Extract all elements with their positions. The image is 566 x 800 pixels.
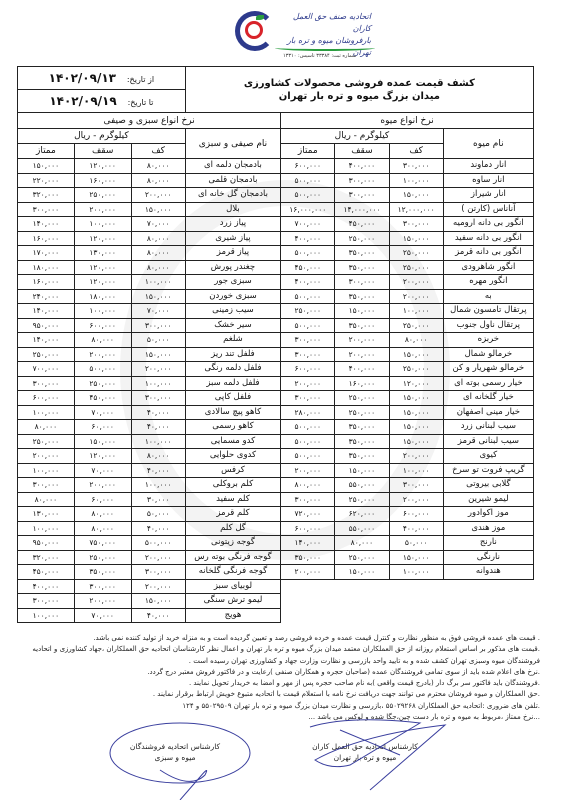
title-line-2: میدان بزرگ میوه و تره بار تهران [186, 90, 533, 103]
veg-price-max: ۱۲۰,۰۰۰ [74, 275, 131, 290]
veg-name: سیر خشک [185, 318, 280, 333]
empty-cell [389, 608, 443, 623]
fruit-price-max: ۸۰,۰۰۰ [335, 536, 389, 551]
fruit-name: پرتقال ناول جنوب [443, 318, 533, 333]
fruit-price-premium: ۴۵۰,۰۰۰ [281, 260, 335, 275]
fruit-price-premium: ۱۶,۰۰۰,۰۰۰ [281, 202, 335, 217]
fruit-price-premium: ۲۰۰,۰۰۰ [281, 376, 335, 391]
fruit-price-premium: ۳۰۰,۰۰۰ [281, 333, 335, 348]
veg-price-premium: ۳۰۰,۰۰۰ [18, 478, 75, 493]
table-row: هندوانه۱۰۰,۰۰۰۱۵۰,۰۰۰۲۰۰,۰۰۰گوجه فرنگی گ… [18, 565, 534, 580]
fruit-name-header: نام میوه [443, 129, 533, 159]
veg-price-premium: ۱۰۰,۰۰۰ [18, 608, 75, 623]
veg-price-max: ۱۶۰,۰۰۰ [74, 173, 131, 188]
fruit-price-min: ۲۵۰,۰۰۰ [389, 260, 443, 275]
fruit-name: هندوانه [443, 565, 533, 580]
veg-price-max: ۱۲۰,۰۰۰ [74, 231, 131, 246]
veg-price-min: ۸۰,۰۰۰ [131, 159, 185, 174]
veg-price-min: ۴۰,۰۰۰ [131, 420, 185, 435]
veg-unit-header: کیلوگرم - ریال [18, 129, 186, 144]
fruit-price-min: ۳۰۰,۰۰۰ [389, 217, 443, 232]
table-row: سیب لبنانی قرمز۱۵۰,۰۰۰۳۵۰,۰۰۰۵۰۰,۰۰۰کدو … [18, 434, 534, 449]
veg-price-premium: ۳۰۰,۰۰۰ [18, 594, 75, 609]
veg-price-min: ۴۰,۰۰۰ [131, 405, 185, 420]
veg-price-max: ۳۵۰,۰۰۰ [74, 565, 131, 580]
table-row: نارنج۵۰,۰۰۰۸۰,۰۰۰۱۴۰,۰۰۰گوجه زیتونی۵۰۰,۰… [18, 536, 534, 551]
fruit-name: انگور شاهرودی [443, 260, 533, 275]
veg-price-min: ۱۰۰,۰۰۰ [131, 275, 185, 290]
veg-price-premium: ۱۰۰,۰۰۰ [18, 463, 75, 478]
fruit-price-max: ۳۵۰,۰۰۰ [335, 246, 389, 261]
fruit-price-max: ۱۶۰,۰۰۰ [335, 376, 389, 391]
veg-price-max: ۱۲۰,۰۰۰ [74, 159, 131, 174]
veg-price-premium: ۱۴۰,۰۰۰ [18, 333, 75, 348]
veg-name: کدوی حلوایی [185, 449, 280, 464]
veg-price-max: ۲۵۰,۰۰۰ [74, 188, 131, 203]
veg-price-min: ۴۰,۰۰۰ [131, 608, 185, 623]
veg-price-min: ۷۰,۰۰۰ [131, 304, 185, 319]
veg-col-min: کف [131, 144, 185, 159]
fruit-price-min: ۲۵۰,۰۰۰ [389, 318, 443, 333]
note-7: ...نرخ ممتاز ،مربوط به میوه و تره بار دس… [20, 712, 540, 723]
fruit-price-max: ۲۵۰,۰۰۰ [335, 405, 389, 420]
veg-name: بلال [185, 202, 280, 217]
fruit-price-premium: ۲۸۰,۰۰۰ [281, 405, 335, 420]
to-date-label: تا تاریخ: [128, 98, 154, 107]
fruit-name: کیوی [443, 449, 533, 464]
fruit-price-premium: ۴۰۰,۰۰۰ [281, 275, 335, 290]
veg-name: فلفل تند ریز [185, 347, 280, 362]
veg-price-premium: ۹۵۰,۰۰۰ [18, 318, 75, 333]
fruit-price-max: ۱۴,۰۰۰,۰۰۰ [335, 202, 389, 217]
fruit-price-premium: ۵۰۰,۰۰۰ [281, 188, 335, 203]
fruit-price-min: ۱۵۰,۰۰۰ [389, 420, 443, 435]
from-date-label: از تاریخ: [127, 75, 154, 84]
table-row: خربزه۸۰,۰۰۰۲۰۰,۰۰۰۳۰۰,۰۰۰شلغم۵۰,۰۰۰۸۰,۰۰… [18, 333, 534, 348]
veg-price-max: ۲۵۰,۰۰۰ [74, 376, 131, 391]
veg-price-min: ۳۰۰,۰۰۰ [131, 565, 185, 580]
fruit-price-max: ۳۰۰,۰۰۰ [335, 188, 389, 203]
veg-name: پیاز شیری [185, 231, 280, 246]
veg-col-max: سقف [74, 144, 131, 159]
fruit-price-min: ۵۰,۰۰۰ [389, 536, 443, 551]
veg-price-premium: ۱۳۰,۰۰۰ [18, 507, 75, 522]
veg-price-premium: ۲۲۰,۰۰۰ [18, 173, 75, 188]
veg-name: سبزی جور [185, 275, 280, 290]
veg-price-min: ۲۰۰,۰۰۰ [131, 550, 185, 565]
veg-price-premium: ۲۵۰,۰۰۰ [18, 347, 75, 362]
fruit-price-min: ۴۰۰,۰۰۰ [389, 521, 443, 536]
veg-name: بادمجان قلمی [185, 173, 280, 188]
fruit-price-min: ۲۰۰,۰۰۰ [389, 449, 443, 464]
fruit-name: انار ساوه [443, 173, 533, 188]
section-title-row: نرخ انواع میوه نرخ انواع سبزی و صیفی [18, 113, 534, 129]
fruit-price-premium: ۶۰۰,۰۰۰ [281, 362, 335, 377]
fruit-price-premium: ۷۲۰,۰۰۰ [281, 507, 335, 522]
table-row: کیوی۲۰۰,۰۰۰۳۵۰,۰۰۰۵۰۰,۰۰۰کدوی حلوایی۸۰,۰… [18, 449, 534, 464]
fruit-price-min: ۱۲,۰۰۰,۰۰۰ [389, 202, 443, 217]
fruit-price-max: ۶۲۰,۰۰۰ [335, 507, 389, 522]
title-row: کشف قیمت عمده فروشی محصولات کشاورزی میدا… [18, 67, 534, 90]
table-row: پرتقال ناول جنوب۲۵۰,۰۰۰۳۵۰,۰۰۰۵۰۰,۰۰۰سیر… [18, 318, 534, 333]
signature-left-line-1: کارشناس اتحادیه فروشندگان [120, 741, 230, 752]
fruit-price-min: ۲۰۰,۰۰۰ [389, 492, 443, 507]
table-row: خیار گلخانه ای۱۵۰,۰۰۰۲۵۰,۰۰۰۳۰۰,۰۰۰فلفل … [18, 391, 534, 406]
fruit-price-premium: ۵۰۰,۰۰۰ [281, 449, 335, 464]
veg-price-premium: ۹۵۰,۰۰۰ [18, 536, 75, 551]
veg-price-max: ۶۰۰,۰۰۰ [74, 318, 131, 333]
veg-price-min: ۱۵۰,۰۰۰ [131, 202, 185, 217]
veg-price-premium: ۱۴۰,۰۰۰ [18, 304, 75, 319]
fruit-price-premium: ۶۰۰,۰۰۰ [281, 159, 335, 174]
veg-price-max: ۷۰,۰۰۰ [74, 608, 131, 623]
fruit-price-max: ۱۵۰,۰۰۰ [335, 565, 389, 580]
fruit-price-max: ۵۵۰,۰۰۰ [335, 478, 389, 493]
to-date-value: ۱۴۰۲/۰۹/۱۹ [49, 94, 116, 108]
veg-price-max: ۱۰۰,۰۰۰ [74, 217, 131, 232]
veg-price-max: ۲۵۰,۰۰۰ [74, 550, 131, 565]
veg-price-premium: ۳۰۰,۰۰۰ [18, 202, 75, 217]
veg-price-min: ۳۰۰,۰۰۰ [131, 391, 185, 406]
table-row: انار ساوه۱۰۰,۰۰۰۳۰۰,۰۰۰۵۰۰,۰۰۰بادمجان قل… [18, 173, 534, 188]
fruit-price-premium: ۵۰۰,۰۰۰ [281, 434, 335, 449]
fruit-price-max: ۳۰۰,۰۰۰ [335, 173, 389, 188]
fruit-price-premium: ۵۰۰,۰۰۰ [281, 289, 335, 304]
fruit-price-min: ۲۰۰,۰۰۰ [389, 289, 443, 304]
veg-price-max: ۲۰۰,۰۰۰ [74, 594, 131, 609]
veg-name: کاهو رسمی [185, 420, 280, 435]
fruit-price-min: ۳۰۰,۰۰۰ [389, 478, 443, 493]
fruit-price-premium: ۲۵۰,۰۰۰ [281, 304, 335, 319]
veg-price-max: ۵۰۰,۰۰۰ [74, 362, 131, 377]
veg-price-max: ۲۰۰,۰۰۰ [74, 347, 131, 362]
note-5: .حق العملکاران و میوه فروشان محترم می تو… [20, 689, 540, 700]
table-row: انگور مهره۲۰۰,۰۰۰۳۰۰,۰۰۰۴۰۰,۰۰۰سبزی جور۱… [18, 275, 534, 290]
table-row: آناناس (کارتن )۱۲,۰۰۰,۰۰۰۱۴,۰۰۰,۰۰۰۱۶,۰۰… [18, 202, 534, 217]
veg-price-premium: ۸۰,۰۰۰ [18, 492, 75, 507]
veg-name-header: نام صیفی و سبزی [185, 129, 280, 159]
fruit-name: موز اکوادور [443, 507, 533, 522]
veg-price-min: ۲۰۰,۰۰۰ [131, 579, 185, 594]
fruit-price-max: ۲۰۰,۰۰۰ [335, 333, 389, 348]
veg-price-min: ۸۰,۰۰۰ [131, 449, 185, 464]
veg-price-min: ۴۰,۰۰۰ [131, 521, 185, 536]
veg-price-premium: ۱۶۰,۰۰۰ [18, 231, 75, 246]
veg-name: چغندر پورش [185, 260, 280, 275]
veg-name: کلم سفید [185, 492, 280, 507]
veg-price-max: ۲۰۰,۰۰۰ [74, 478, 131, 493]
veg-name: فلفل دلمه رنگی [185, 362, 280, 377]
signature-left-line-2: میوه و سبزی [120, 752, 230, 763]
fruit-price-premium: ۱۴۰,۰۰۰ [281, 536, 335, 551]
table-row: موز هندی۴۰۰,۰۰۰۵۵۰,۰۰۰۶۰۰,۰۰۰گل کلم۴۰,۰۰… [18, 521, 534, 536]
fruit-price-premium: ۲۰۰,۰۰۰ [281, 463, 335, 478]
veg-name: شلغم [185, 333, 280, 348]
fruit-name: نارنج [443, 536, 533, 551]
veg-price-min: ۱۰۰,۰۰۰ [131, 434, 185, 449]
fruit-price-max: ۴۰۰,۰۰۰ [335, 159, 389, 174]
fruit-price-premium: ۸۰۰,۰۰۰ [281, 478, 335, 493]
veg-price-premium: ۲۰۰,۰۰۰ [18, 449, 75, 464]
veg-price-premium: ۴۵۰,۰۰۰ [18, 565, 75, 580]
veg-price-premium: ۲۵۰,۰۰۰ [18, 434, 75, 449]
veg-price-premium: ۳۰۰,۰۰۰ [18, 376, 75, 391]
veg-price-min: ۸۰,۰۰۰ [131, 231, 185, 246]
table-row: پرتقال تامسون شمال۱۰۰,۰۰۰۱۵۰,۰۰۰۲۵۰,۰۰۰س… [18, 304, 534, 319]
empty-cell [443, 579, 533, 594]
note-6: .تلفن های ضروری :اتحادیه حق العملکاران ۵… [20, 701, 540, 712]
fruit-name: سیب لبنانی قرمز [443, 434, 533, 449]
note-3: .نرخ های اعلام شده باید از سوی تمامی فرو… [20, 667, 540, 678]
veg-price-min: ۸۰,۰۰۰ [131, 246, 185, 261]
table-row: لیمو شیرین۲۰۰,۰۰۰۲۵۰,۰۰۰۳۰۰,۰۰۰کلم سفید۳… [18, 492, 534, 507]
fruit-price-min: ۲۵۰,۰۰۰ [389, 246, 443, 261]
fruit-price-max: ۴۰۰,۰۰۰ [335, 362, 389, 377]
leaf-icon [256, 15, 264, 20]
fruit-price-max: ۱۵۰,۰۰۰ [335, 463, 389, 478]
fruit-name: نارنگی [443, 550, 533, 565]
fruit-price-premium: ۳۰۰,۰۰۰ [281, 492, 335, 507]
fruit-name: لیمو شیرین [443, 492, 533, 507]
notes-block: . قیمت های عمده فروشی فوق به منظور نظارت… [20, 633, 540, 723]
fruit-name: خرمالو شمال [443, 347, 533, 362]
fruit-name: موز هندی [443, 521, 533, 536]
logo-line-1: اتحادیه صنف حق العمل کاران [279, 11, 371, 35]
fruit-price-max: ۳۵۰,۰۰۰ [335, 318, 389, 333]
fruit-price-min: ۸۰,۰۰۰ [389, 333, 443, 348]
veg-name: کاهو پیچ سالادی [185, 405, 280, 420]
price-rows: انار دماوند۳۰۰,۰۰۰۴۰۰,۰۰۰۶۰۰,۰۰۰بادمجان … [18, 159, 534, 623]
veg-price-min: ۵۰,۰۰۰ [131, 507, 185, 522]
fruit-name: آناناس (کارتن ) [443, 202, 533, 217]
table-row: سیب لبنانی زرد۱۵۰,۰۰۰۳۵۰,۰۰۰۵۰۰,۰۰۰کاهو … [18, 420, 534, 435]
fruit-price-premium: ۳۰۰,۰۰۰ [281, 347, 335, 362]
veg-price-min: ۱۵۰,۰۰۰ [131, 347, 185, 362]
empty-cell [335, 594, 389, 609]
table-row: لوبیای سبز۲۰۰,۰۰۰۳۰۰,۰۰۰۴۰۰,۰۰۰ [18, 579, 534, 594]
veg-section-title: نرخ انواع سبزی و صیفی [18, 113, 281, 129]
fruit-price-premium: ۲۰۰,۰۰۰ [281, 565, 335, 580]
fruit-price-min: ۱۵۰,۰۰۰ [389, 231, 443, 246]
veg-name: لیمو ترش سنگی [185, 594, 280, 609]
fruit-price-premium: ۳۵۰,۰۰۰ [281, 550, 335, 565]
veg-price-min: ۸۰,۰۰۰ [131, 173, 185, 188]
veg-price-max: ۸۰,۰۰۰ [74, 333, 131, 348]
veg-price-premium: ۱۶۰,۰۰۰ [18, 275, 75, 290]
table-row: گلابی بیروتی۳۰۰,۰۰۰۵۵۰,۰۰۰۸۰۰,۰۰۰کلم برو… [18, 478, 534, 493]
veg-name: فلفل دلمه سبز [185, 376, 280, 391]
pomegranate-icon [245, 21, 263, 39]
fruit-price-min: ۲۵۰,۰۰۰ [389, 362, 443, 377]
fruit-price-premium: ۴۰۰,۰۰۰ [281, 231, 335, 246]
fruit-name: خیار مینی اصفهان [443, 405, 533, 420]
fruit-price-premium: ۵۰۰,۰۰۰ [281, 420, 335, 435]
veg-price-premium: ۱۰۰,۰۰۰ [18, 521, 75, 536]
veg-name: هویج [185, 608, 280, 623]
fruit-price-min: ۱۵۰,۰۰۰ [389, 347, 443, 362]
fruit-price-max: ۲۵۰,۰۰۰ [335, 391, 389, 406]
veg-price-max: ۱۸۰,۰۰۰ [74, 289, 131, 304]
fruit-price-min: ۱۰۰,۰۰۰ [389, 463, 443, 478]
veg-price-min: ۱۵۰,۰۰۰ [131, 289, 185, 304]
fruit-price-premium: ۷۰۰,۰۰۰ [281, 217, 335, 232]
empty-cell [389, 594, 443, 609]
fruit-price-min: ۱۰۰,۰۰۰ [389, 304, 443, 319]
table-row: هویج۴۰,۰۰۰۷۰,۰۰۰۱۰۰,۰۰۰ [18, 608, 534, 623]
fruit-name: خیار رسمی بوته ای [443, 376, 533, 391]
signature-commission-agents: کارشناس اتحادیه حق العمل کاران میوه و تر… [310, 741, 420, 763]
note-4: .فروشندگان باید فاکتور سر برگ دار (بادرج… [20, 678, 540, 689]
veg-price-max: ۲۰۰,۰۰۰ [74, 202, 131, 217]
veg-price-max: ۳۰۰,۰۰۰ [74, 579, 131, 594]
fruit-price-min: ۱۲۰,۰۰۰ [389, 376, 443, 391]
veg-price-max: ۴۵۰,۰۰۰ [74, 391, 131, 406]
veg-name: گوجه زیتونی [185, 536, 280, 551]
registration-number: شماره ثبت: ۳۳۳۸۴ تاسیس: ۱۳۳۱۰ [283, 53, 356, 59]
table-row: خیار رسمی بوته ای۱۲۰,۰۰۰۱۶۰,۰۰۰۲۰۰,۰۰۰فل… [18, 376, 534, 391]
veg-price-premium: ۸۰,۰۰۰ [18, 420, 75, 435]
fruit-name: خیار گلخانه ای [443, 391, 533, 406]
veg-name: پیاز زرد [185, 217, 280, 232]
table-row: انگور بی دانه سفید۱۵۰,۰۰۰۲۵۰,۰۰۰۴۰۰,۰۰۰پ… [18, 231, 534, 246]
fruit-price-min: ۱۰۰,۰۰۰ [389, 565, 443, 580]
veg-price-max: ۱۳۰,۰۰۰ [74, 246, 131, 261]
veg-price-premium: ۱۵۰,۰۰۰ [18, 159, 75, 174]
table-row: خرمالو شمال۱۵۰,۰۰۰۲۰۰,۰۰۰۳۰۰,۰۰۰فلفل تند… [18, 347, 534, 362]
title-line-1: کشف قیمت عمده فروشی محصولات کشاورزی [186, 77, 533, 90]
fruit-price-premium: ۳۰۰,۰۰۰ [281, 391, 335, 406]
veg-price-min: ۵۰,۰۰۰ [131, 333, 185, 348]
unit-row: نام میوه کیلوگرم - ریال نام صیفی و سبزی … [18, 129, 534, 144]
fruit-price-max: ۴۵۰,۰۰۰ [335, 217, 389, 232]
veg-name: کلم بروکلی [185, 478, 280, 493]
fruit-name: گریپ فروت تو سرخ [443, 463, 533, 478]
veg-name: بادمجان گل خانه ای [185, 188, 280, 203]
fruit-name: خرمالو شهریار و کن [443, 362, 533, 377]
fruit-price-premium: ۵۰۰,۰۰۰ [281, 246, 335, 261]
fruit-price-max: ۳۰۰,۰۰۰ [335, 275, 389, 290]
fruit-col-max: سقف [335, 144, 389, 159]
fruit-unit-header: کیلوگرم - ریال [281, 129, 444, 144]
fruit-price-min: ۶۰۰,۰۰۰ [389, 507, 443, 522]
veg-price-premium: ۱۰۰,۰۰۰ [18, 405, 75, 420]
price-document: کشف قیمت عمده فروشی محصولات کشاورزی میدا… [17, 66, 534, 623]
fruit-price-max: ۳۵۰,۰۰۰ [335, 434, 389, 449]
empty-cell [443, 594, 533, 609]
veg-name: گوجه فرنگی بوته رس [185, 550, 280, 565]
fruit-name: پرتقال تامسون شمال [443, 304, 533, 319]
fruit-price-max: ۲۰۰,۰۰۰ [335, 347, 389, 362]
signature-right-line-1: کارشناس اتحادیه حق العمل کاران [310, 741, 420, 752]
veg-name: لوبیای سبز [185, 579, 280, 594]
fruit-col-premium: ممتاز [281, 144, 335, 159]
table-row: انار دماوند۳۰۰,۰۰۰۴۰۰,۰۰۰۶۰۰,۰۰۰بادمجان … [18, 159, 534, 174]
empty-cell [335, 608, 389, 623]
logo-text: اتحادیه صنف حق العمل کاران بارفروشان میو… [279, 11, 371, 59]
fruit-price-max: ۲۵۰,۰۰۰ [335, 231, 389, 246]
fruit-name: سیب لبنانی زرد [443, 420, 533, 435]
veg-price-max: ۱۵۰,۰۰۰ [74, 434, 131, 449]
veg-price-max: ۱۰۰,۰۰۰ [74, 304, 131, 319]
veg-price-premium: ۳۲۰,۰۰۰ [18, 550, 75, 565]
note-2: .قیمت های مذکور بر اساس استعلام روزانه ا… [20, 644, 540, 667]
veg-price-premium: ۲۴۰,۰۰۰ [18, 289, 75, 304]
veg-col-premium: ممتاز [18, 144, 75, 159]
fruit-name: انگور بی دانه ارومیه [443, 217, 533, 232]
veg-price-premium: ۴۰۰,۰۰۰ [18, 579, 75, 594]
table-row: خرمالو شهریار و کن۲۵۰,۰۰۰۴۰۰,۰۰۰۶۰۰,۰۰۰ف… [18, 362, 534, 377]
veg-name: بادمجان دلمه ای [185, 159, 280, 174]
table-row: نارنگی۱۵۰,۰۰۰۲۵۰,۰۰۰۳۵۰,۰۰۰گوجه فرنگی بو… [18, 550, 534, 565]
fruit-price-max: ۱۵۰,۰۰۰ [335, 304, 389, 319]
veg-price-max: ۸۰,۰۰۰ [74, 521, 131, 536]
veg-price-min: ۲۰۰,۰۰۰ [131, 188, 185, 203]
table-row: خیار مینی اصفهان۱۵۰,۰۰۰۲۵۰,۰۰۰۲۸۰,۰۰۰کاه… [18, 405, 534, 420]
note-1: . قیمت های عمده فروشی فوق به منظور نظارت… [20, 633, 540, 644]
signature-sellers-union: کارشناس اتحادیه فروشندگان میوه و سبزی [120, 741, 230, 763]
price-table: کشف قیمت عمده فروشی محصولات کشاورزی میدا… [17, 66, 534, 623]
veg-name: کلم قرمز [185, 507, 280, 522]
empty-cell [443, 608, 533, 623]
fruit-price-min: ۱۵۰,۰۰۰ [389, 405, 443, 420]
fruit-price-premium: ۵۰۰,۰۰۰ [281, 173, 335, 188]
fruit-price-min: ۱۵۰,۰۰۰ [389, 188, 443, 203]
veg-price-min: ۲۰۰,۰۰۰ [131, 362, 185, 377]
fruit-name: خربزه [443, 333, 533, 348]
fruit-name: انار شیراز [443, 188, 533, 203]
veg-price-premium: ۱۴۰,۰۰۰ [18, 217, 75, 232]
empty-cell [281, 608, 335, 623]
fruit-price-min: ۳۰۰,۰۰۰ [389, 159, 443, 174]
fruit-price-max: ۳۵۰,۰۰۰ [335, 420, 389, 435]
empty-cell [281, 594, 335, 609]
veg-price-min: ۱۵۰,۰۰۰ [131, 594, 185, 609]
fruit-price-min: ۱۰۰,۰۰۰ [389, 173, 443, 188]
fruit-name: انار دماوند [443, 159, 533, 174]
veg-name: کرفس [185, 463, 280, 478]
veg-name: فلفل کاپی [185, 391, 280, 406]
from-date-value: ۱۴۰۲/۰۹/۱۳ [49, 71, 116, 85]
fruit-price-min: ۱۵۰,۰۰۰ [389, 391, 443, 406]
table-row: موز اکوادور۶۰۰,۰۰۰۶۲۰,۰۰۰۷۲۰,۰۰۰کلم قرمز… [18, 507, 534, 522]
fruit-name: به [443, 289, 533, 304]
fruit-price-max: ۲۵۰,۰۰۰ [335, 492, 389, 507]
veg-name: پیاز قرمز [185, 246, 280, 261]
veg-name: گل کلم [185, 521, 280, 536]
veg-name: سیب زمینی [185, 304, 280, 319]
fruit-name: انگور مهره [443, 275, 533, 290]
veg-price-max: ۸۰,۰۰۰ [74, 507, 131, 522]
fruit-section-title: نرخ انواع میوه [281, 113, 534, 129]
fruit-price-max: ۳۵۰,۰۰۰ [335, 289, 389, 304]
union-logo: اتحادیه صنف حق العمل کاران بارفروشان میو… [225, 5, 375, 60]
page-title: کشف قیمت عمده فروشی محصولات کشاورزی میدا… [185, 67, 533, 113]
veg-price-min: ۷۰,۰۰۰ [131, 217, 185, 232]
fruit-price-max: ۵۵۰,۰۰۰ [335, 521, 389, 536]
veg-price-min: ۴۰,۰۰۰ [131, 463, 185, 478]
fruit-price-max: ۲۵۰,۰۰۰ [335, 550, 389, 565]
fruit-price-max: ۳۵۰,۰۰۰ [335, 260, 389, 275]
from-date-cell: از تاریخ: ۱۴۰۲/۰۹/۱۳ [18, 67, 186, 90]
fruit-name: انگور بی دانه سفید [443, 231, 533, 246]
veg-name: سبزی خوردن [185, 289, 280, 304]
fruit-name: گلابی بیروتی [443, 478, 533, 493]
veg-price-max: ۱۲۰,۰۰۰ [74, 449, 131, 464]
fruit-price-min: ۱۵۰,۰۰۰ [389, 434, 443, 449]
veg-price-min: ۱۰۰,۰۰۰ [131, 376, 185, 391]
signature-right-line-2: میوه و تره بار تهران [310, 752, 420, 763]
table-row: گریپ فروت تو سرخ۱۰۰,۰۰۰۱۵۰,۰۰۰۲۰۰,۰۰۰کرف… [18, 463, 534, 478]
